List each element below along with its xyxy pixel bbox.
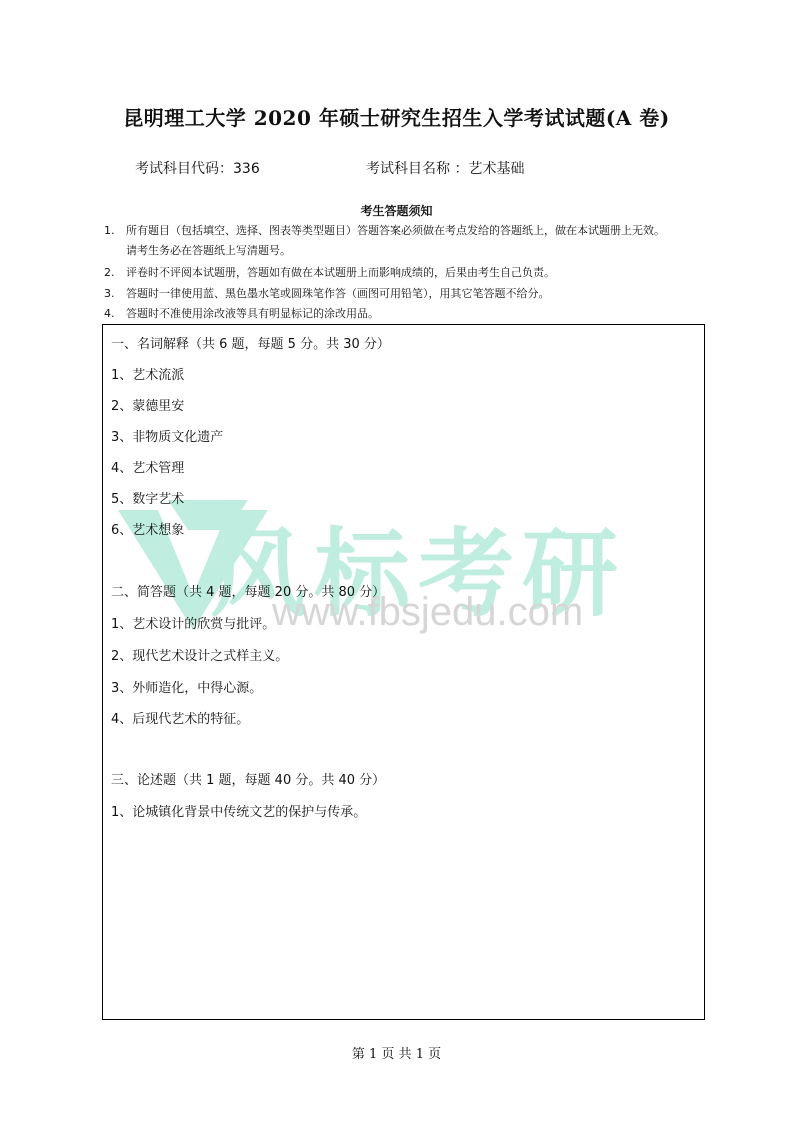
question-1-1: 1、艺术流派 — [111, 364, 184, 383]
notice-item-4: 4.答题时不准使用涂改液等具有明显标记的涂改用品。 — [104, 305, 379, 321]
subject-name: 考试科目名称 ：艺术基础 — [366, 158, 524, 178]
section-1-heading: 一、名词解释（共 6 题，每题 5 分。共 30 分） — [111, 333, 390, 352]
question-1-2: 2、蒙德里安 — [111, 395, 184, 414]
question-2-4: 4、后现代艺术的特征。 — [111, 708, 249, 727]
question-3-1: 1、论城镇化背景中传统文艺的保护与传承。 — [111, 801, 366, 820]
notice-item-1-cont: 请考生务必在答题纸上写清题号。 — [126, 242, 291, 258]
exam-title: 昆明理工大学 2020 年硕士研究生招生入学考试试题(A 卷) — [0, 102, 793, 131]
notice-title: 考生答题须知 — [0, 202, 793, 219]
question-2-2: 2、现代艺术设计之式样主义。 — [111, 645, 288, 664]
question-1-6: 6、艺术想象 — [111, 519, 184, 538]
question-2-1: 1、艺术设计的欣赏与批评。 — [111, 613, 275, 632]
page-number: 第 1 页 共 1 页 — [0, 1043, 793, 1062]
notice-item-1: 1.所有题目（包括填空、选择、图表等类型题目）答题答案必须做在考点发给的答题纸上… — [104, 222, 665, 238]
subject-code: 考试科目代码：336 — [135, 158, 260, 178]
section-2-heading: 二、简答题（共 4 题，每题 20 分。共 80 分） — [111, 581, 385, 600]
section-3-heading: 三、论述题（共 1 题，每题 40 分。共 40 分） — [111, 769, 385, 788]
question-1-4: 4、艺术管理 — [111, 457, 184, 476]
notice-item-3: 3.答题时一律使用蓝、黑色墨水笔或圆珠笔作答（画图可用铅笔），用其它笔答题不给分… — [104, 285, 550, 301]
notice-item-2: 2.评卷时不评阅本试题册，答题如有做在本试题册上而影响成绩的，后果由考生自己负责… — [104, 264, 555, 280]
question-1-3: 3、非物质文化遗产 — [111, 426, 223, 445]
question-2-3: 3、外师造化，中得心源。 — [111, 677, 262, 696]
question-box: 一、名词解释（共 6 题，每题 5 分。共 30 分） 1、艺术流派 2、蒙德里… — [102, 324, 705, 1020]
question-1-5: 5、数字艺术 — [111, 488, 184, 507]
